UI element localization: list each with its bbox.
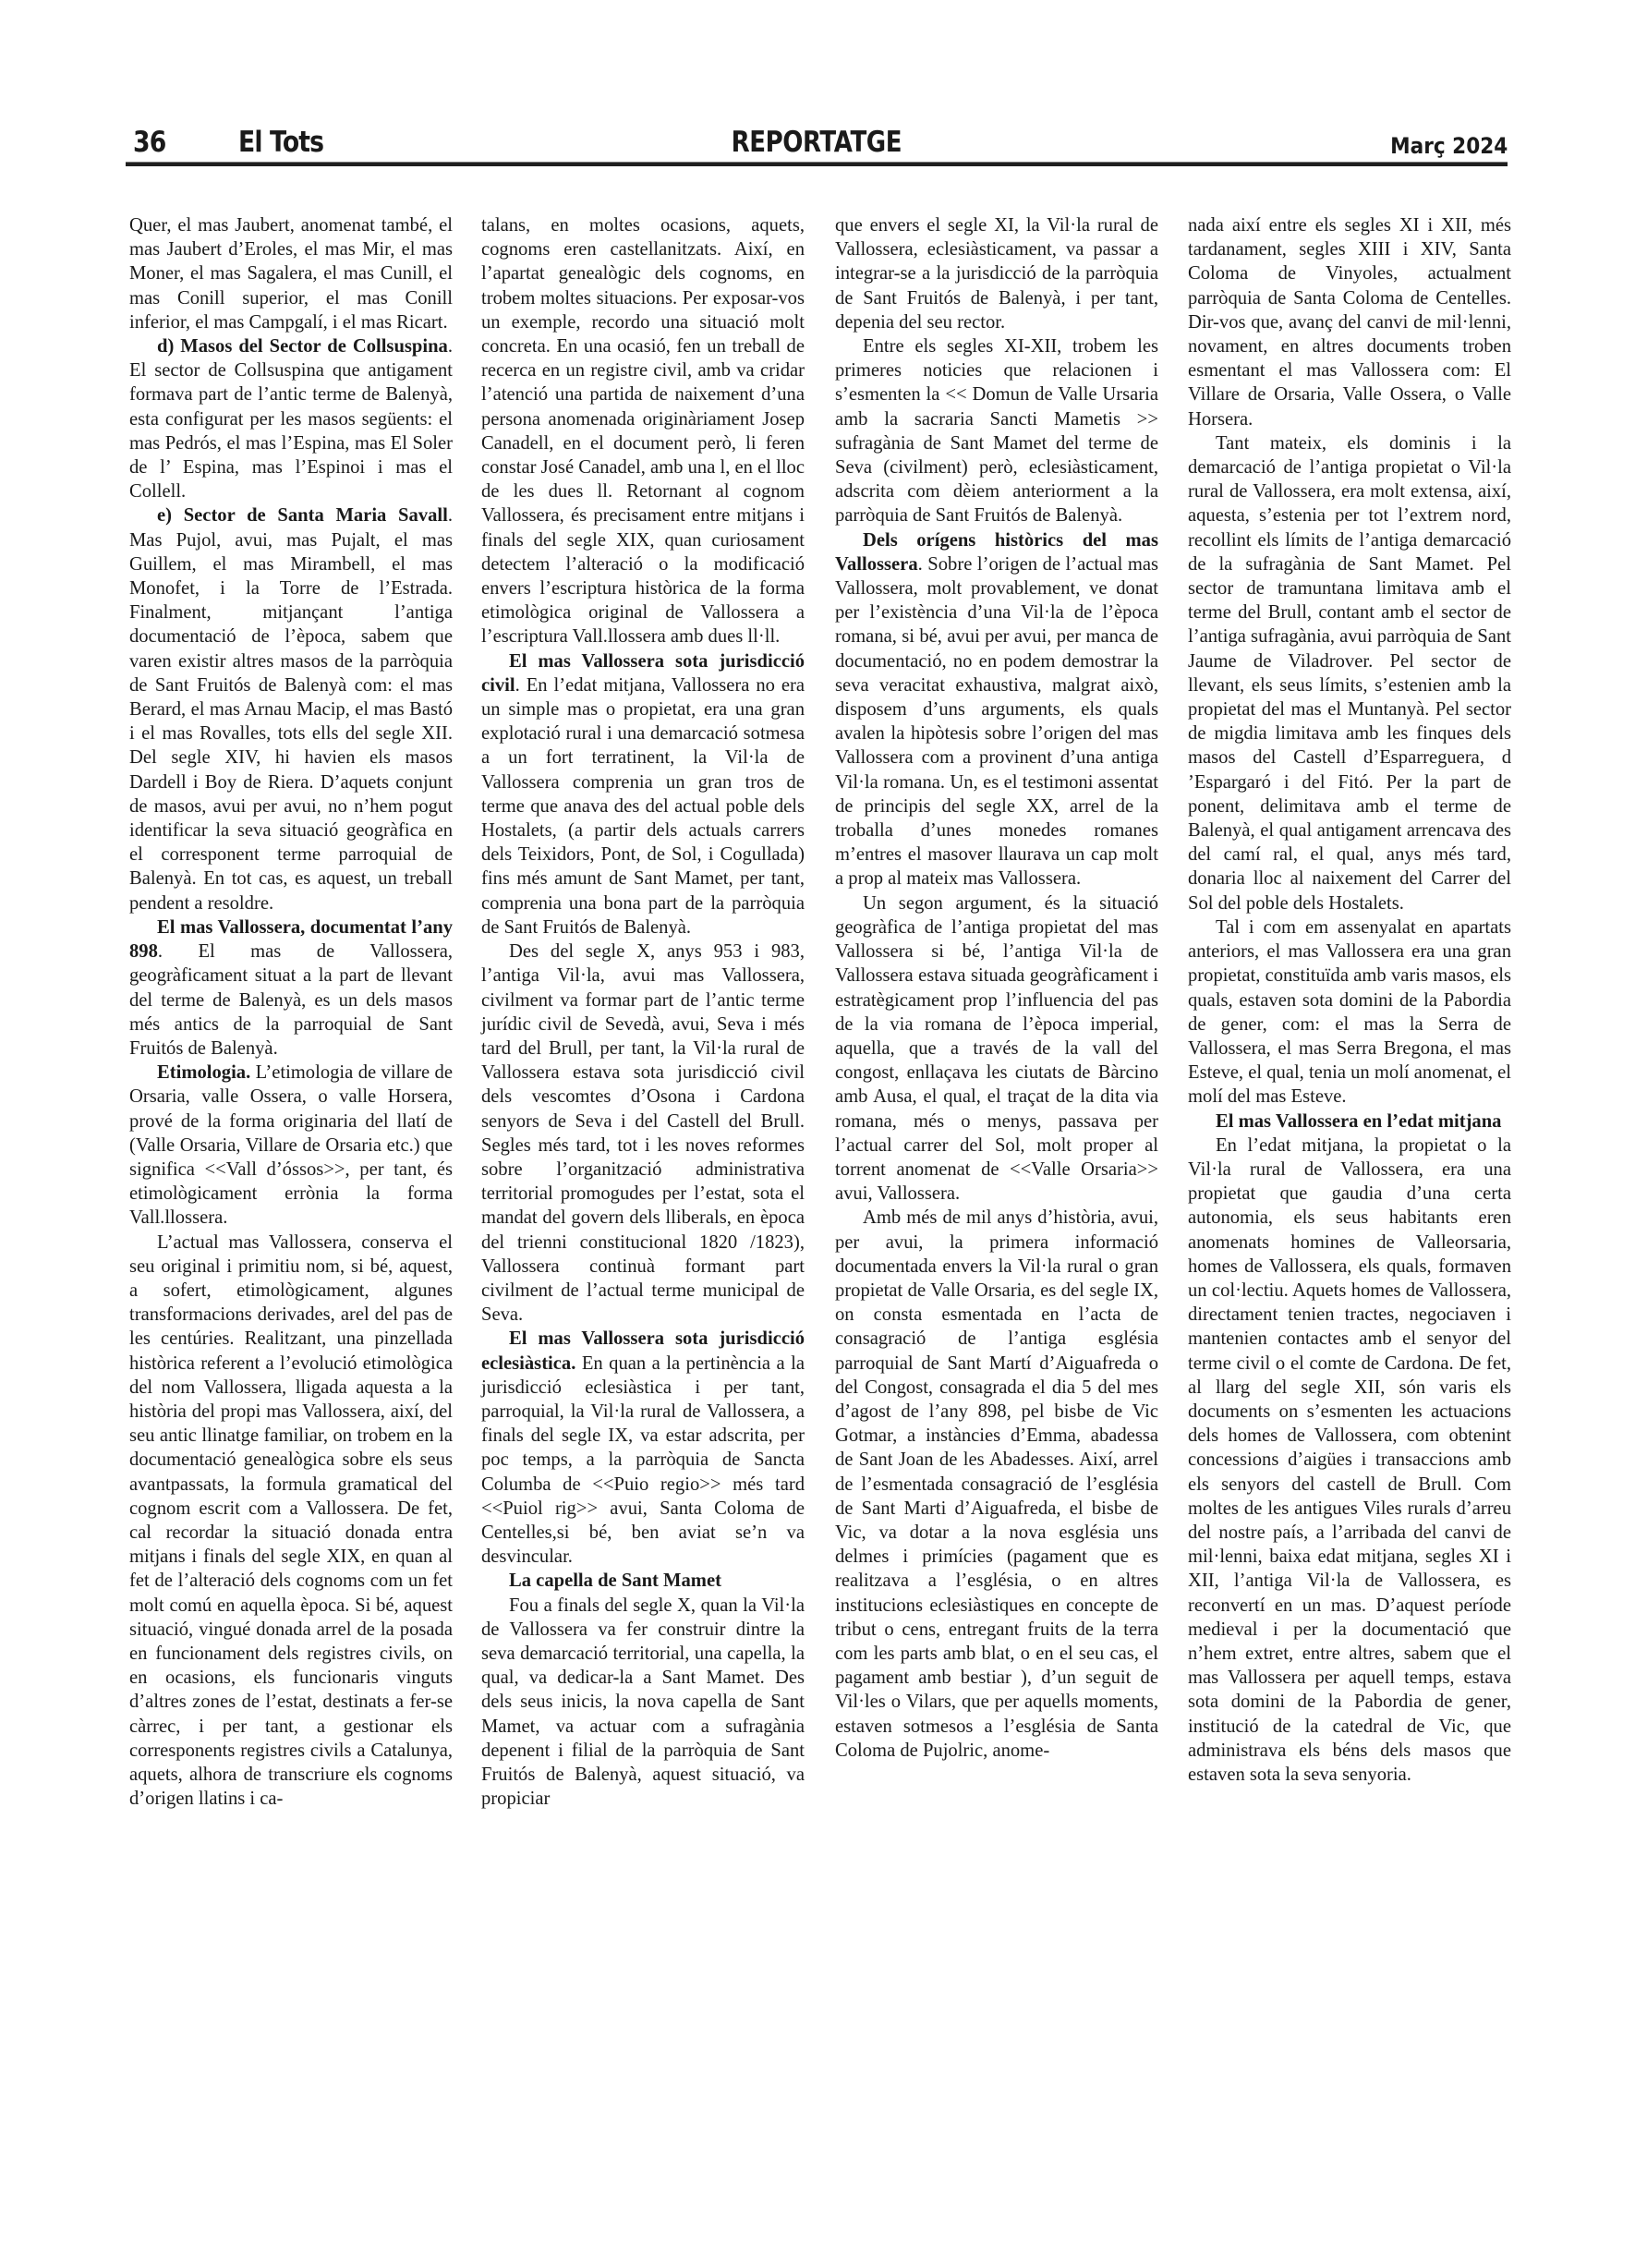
paragraph: El mas Vallossera sota jurisdicció ecles…: [481, 1327, 805, 1569]
paragraph-text: nada així entre els segles XI i XII, més…: [1188, 215, 1511, 430]
paragraph: En l’edat mitjana, la propietat o la Vil…: [1188, 1134, 1511, 1787]
paragraph-lead: La capella de Sant Mamet: [509, 1571, 721, 1591]
paragraph-text: que envers el segle XI, la Vil·la rural …: [835, 215, 1158, 333]
paragraph-text: talans, en moltes ocasions, aquets, cogn…: [481, 215, 805, 647]
paragraph-text: . Sobre l’origen de l’actual mas Valloss…: [835, 554, 1158, 890]
paragraph-text: . Mas Pujol, avui, mas Pujalt, el mas Gu…: [129, 505, 453, 913]
paragraph-text: Un segon argument, és la situació geogrà…: [835, 893, 1158, 1204]
paragraph: Dels orígens històrics del mas Vallosser…: [835, 528, 1158, 891]
paragraph: d) Masos del Sector de Collsuspina. El s…: [129, 334, 453, 503]
paragraph-text: L’etimologia de villare de Orsaria, vall…: [129, 1062, 453, 1228]
paragraph-lead: El mas Vallossera en l’edat mitjana: [1216, 1111, 1501, 1132]
article-column-1: Quer, el mas Jaubert, anomenat també, el…: [129, 213, 453, 1811]
section-title: REPORTATGE: [126, 126, 1508, 159]
page-header: 36 El Tots REPORTATGE Març 2024: [126, 118, 1508, 168]
paragraph-lead: e) Sector de Santa Maria Savall: [157, 505, 448, 526]
paragraph: Etimologia. L’etimologia de villare de O…: [129, 1061, 453, 1230]
paragraph-text: . El mas de Vallossera, geogràficament s…: [129, 941, 453, 1059]
paragraph-text: Des del segle X, anys 953 i 983, l’antig…: [481, 941, 805, 1325]
paragraph: Fou a finals del segle X, quan la Vil·la…: [481, 1594, 805, 1812]
paragraph-text: . El sector de Collsuspina que antigamen…: [129, 336, 453, 502]
paragraph: que envers el segle XI, la Vil·la rural …: [835, 213, 1158, 334]
article-column-3: que envers el segle XI, la Vil·la rural …: [835, 213, 1158, 1763]
paragraph: Amb més de mil anys d’història, avui, pe…: [835, 1206, 1158, 1763]
paragraph-lead: d) Masos del Sector de Collsuspina: [157, 336, 448, 357]
paragraph-text: Tant mateix, els dominis i la demarcació…: [1188, 433, 1511, 914]
paragraph-text: Tal i com em assenyalat en apartats ante…: [1188, 917, 1511, 1107]
subheading: La capella de Sant Mamet: [481, 1569, 805, 1593]
subheading: El mas Vallossera en l’edat mitjana: [1188, 1110, 1511, 1134]
paragraph: Entre els segles XI-XII, trobem les prim…: [835, 334, 1158, 528]
paragraph-text: En l’edat mitjana, la propietat o la Vil…: [1188, 1135, 1511, 1785]
paragraph: talans, en moltes ocasions, aquets, cogn…: [481, 213, 805, 649]
paragraph-lead: Etimologia.: [157, 1062, 250, 1083]
section-label: REPORTATGE: [732, 126, 902, 159]
paragraph-text: Quer, el mas Jaubert, anomenat també, el…: [129, 215, 453, 333]
article-column-2: talans, en moltes ocasions, aquets, cogn…: [481, 213, 805, 1811]
paragraph: Quer, el mas Jaubert, anomenat també, el…: [129, 213, 453, 334]
paragraph: nada així entre els segles XI i XII, més…: [1188, 213, 1511, 431]
issue-date: Març 2024: [1390, 133, 1508, 159]
article-column-4: nada així entre els segles XI i XII, més…: [1188, 213, 1511, 1787]
paragraph-text: En quan a la pertinència a la jurisdicci…: [481, 1353, 805, 1568]
paragraph-text: L’actual mas Vallossera, conserva el seu…: [129, 1232, 453, 1810]
paragraph-text: . En l’edat mitjana, Vallossera no era u…: [481, 675, 805, 938]
paragraph: e) Sector de Santa Maria Savall. Mas Puj…: [129, 503, 453, 915]
paragraph: L’actual mas Vallossera, conserva el seu…: [129, 1231, 453, 1812]
paragraph-text: Amb més de mil anys d’història, avui, pe…: [835, 1207, 1158, 1760]
paragraph: El mas Vallossera, documentat l’any 898.…: [129, 916, 453, 1061]
paragraph: Tal i com em assenyalat en apartats ante…: [1188, 916, 1511, 1110]
paragraph: Des del segle X, anys 953 i 983, l’antig…: [481, 940, 805, 1327]
paragraph: Un segon argument, és la situació geogrà…: [835, 891, 1158, 1207]
paragraph-text: Fou a finals del segle X, quan la Vil·la…: [481, 1595, 805, 1810]
paragraph: El mas Vallossera sota jurisdicció civil…: [481, 649, 805, 940]
paragraph-text: Entre els segles XI-XII, trobem les prim…: [835, 336, 1158, 526]
paragraph: Tant mateix, els dominis i la demarcació…: [1188, 431, 1511, 916]
header-rule: [126, 162, 1508, 166]
